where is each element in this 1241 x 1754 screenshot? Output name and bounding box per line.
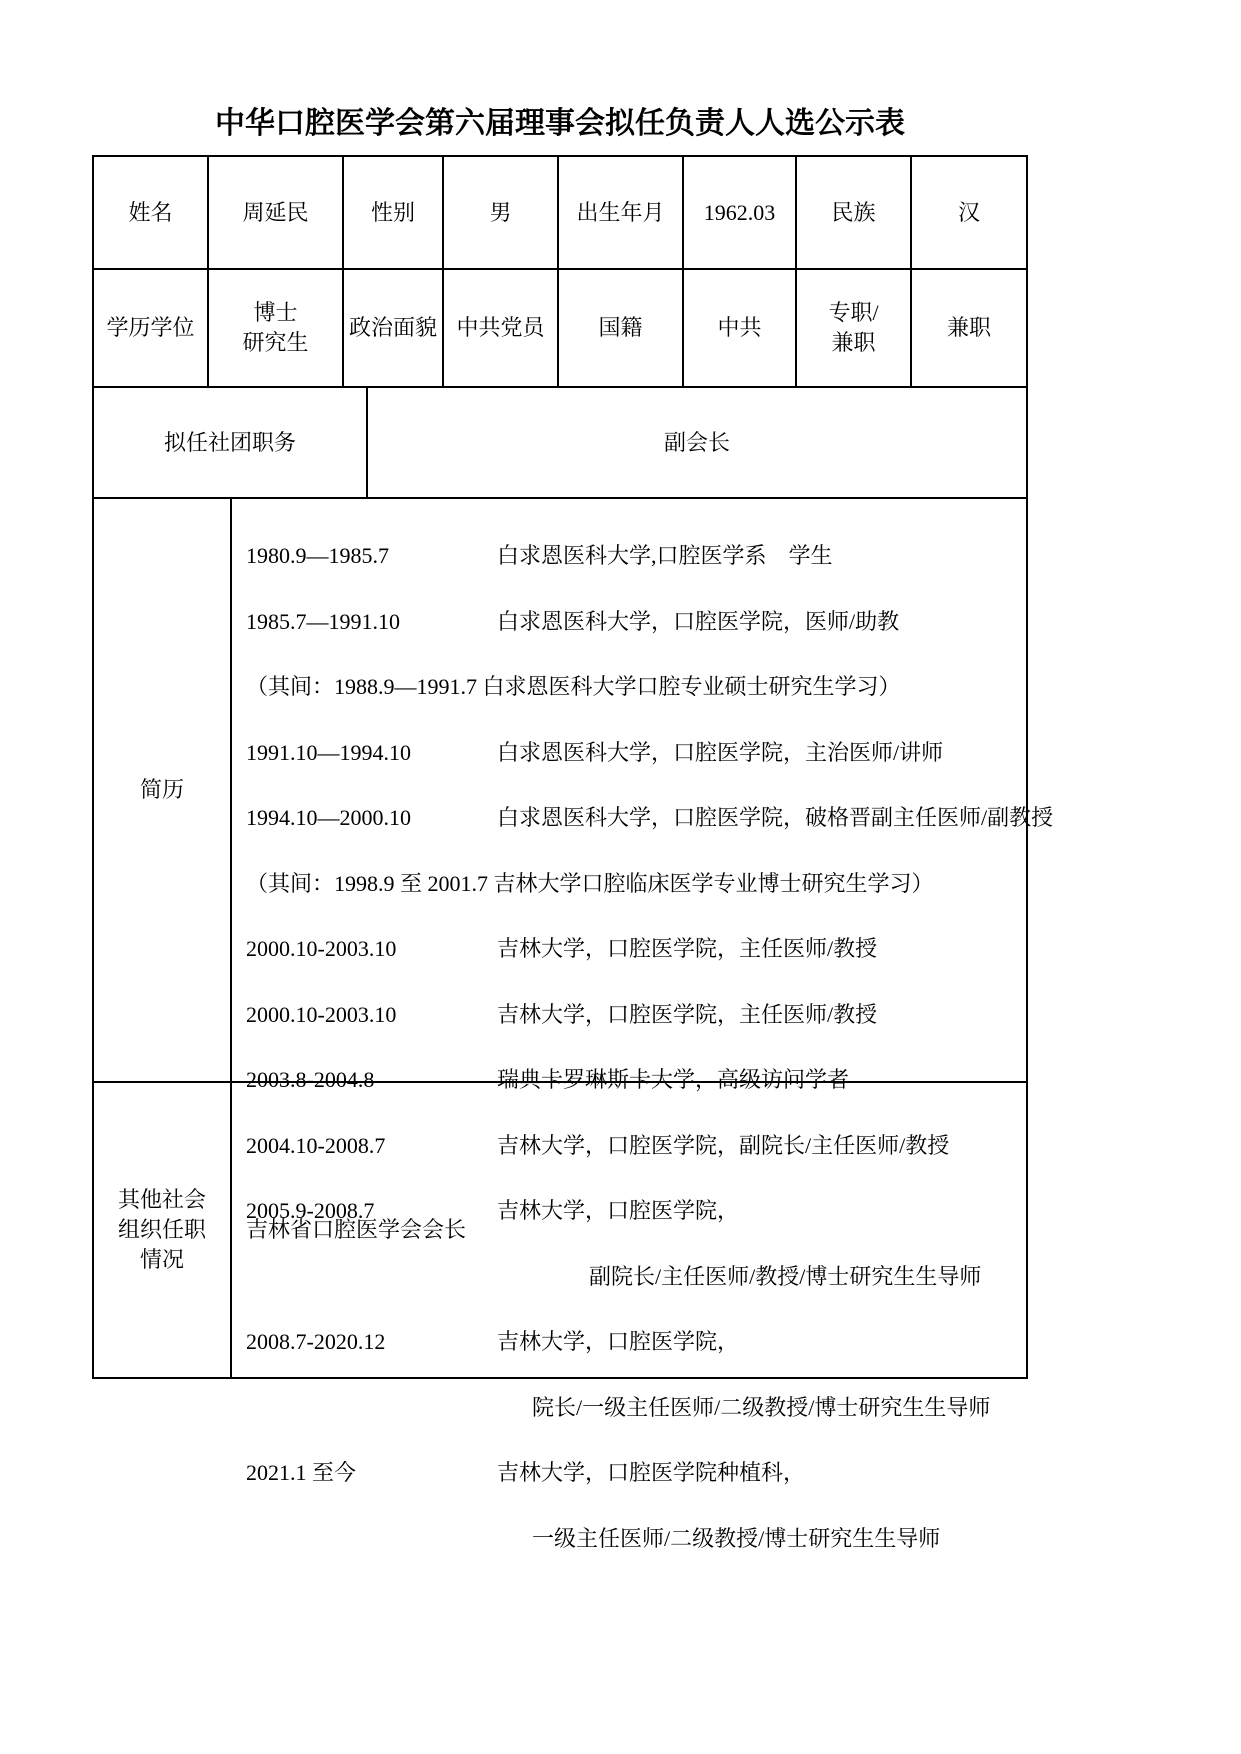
row-proposed-position: 拟任社团职务 副会长 (94, 386, 1026, 497)
resume-label: 简历 (94, 499, 230, 1081)
resume-line: 2000.10-2003.10吉林大学，口腔医学院，主任医师/教授 (246, 931, 1053, 967)
resume-line: （其间：1998.9 至 2001.7 吉林大学口腔临床医学专业博士研究生学习） (246, 866, 1053, 902)
resume-line-date: 1991.10—1994.10 (246, 735, 497, 771)
resume-line-continuation: 院长/一级主任医师/二级教授/博士研究生生导师 (246, 1390, 1053, 1426)
resume-line-desc: 吉林大学，口腔医学院，主任医师/教授 (497, 931, 1053, 967)
resume-line-date: 1994.10—2000.10 (246, 800, 497, 836)
other-positions-value: 吉林省口腔医学会会长 (230, 1083, 1026, 1377)
resume-line-desc: （其间：1988.9—1991.7 白求恩医科大学口腔专业硕士研究生学习） (246, 669, 1053, 705)
resume-line-date: 2000.10-2003.10 (246, 997, 497, 1033)
resume-line-date: 2000.10-2003.10 (246, 931, 497, 967)
name-value: 周延民 (207, 157, 342, 268)
nationality-label: 国籍 (557, 270, 682, 386)
resume-line-continuation: 一级主任医师/二级教授/博士研究生生导师 (246, 1521, 1053, 1557)
ethnicity-label: 民族 (795, 157, 910, 268)
resume-line-desc: （其间：1998.9 至 2001.7 吉林大学口腔临床医学专业博士研究生学习） (246, 866, 1053, 902)
resume-line: （其间：1988.9—1991.7 白求恩医科大学口腔专业硕士研究生学习） (246, 669, 1053, 705)
row-basic-info: 姓名 周延民 性别 男 出生年月 1962.03 民族 汉 (94, 157, 1026, 268)
resume-line-date: 1980.9—1985.7 (246, 538, 497, 574)
name-label: 姓名 (94, 157, 207, 268)
proposed-position-label: 拟任社团职务 (94, 388, 366, 497)
row-education-info: 学历学位 博士 研究生 政治面貌 中共党员 国籍 中共 专职/ 兼职 兼职 (94, 268, 1026, 386)
birth-label: 出生年月 (557, 157, 682, 268)
info-table: 姓名 周延民 性别 男 出生年月 1962.03 民族 汉 学历学位 博士 研究… (92, 155, 1028, 1379)
resume-line: 1991.10—1994.10白求恩医科大学，口腔医学院，主治医师/讲师 (246, 735, 1053, 771)
resume-line: 1980.9—1985.7白求恩医科大学,口腔医学系 学生 (246, 538, 1053, 574)
other-positions-label: 其他社会 组织任职 情况 (94, 1083, 230, 1377)
resume-line-date: 1985.7—1991.10 (246, 604, 497, 640)
gender-value: 男 (442, 157, 557, 268)
nationality-value: 中共 (682, 270, 795, 386)
resume-line-desc: 白求恩医科大学，口腔医学院，主治医师/讲师 (497, 735, 1053, 771)
resume-line: 2021.1 至今吉林大学，口腔医学院种植科， (246, 1455, 1053, 1491)
resume-line-desc: 吉林大学，口腔医学院种植科， (497, 1455, 1053, 1491)
political-label: 政治面貌 (342, 270, 442, 386)
row-other-positions: 其他社会 组织任职 情况 吉林省口腔医学会会长 (94, 1081, 1026, 1377)
document-title: 中华口腔医学会第六届理事会拟任负责人人选公示表 (92, 0, 1028, 142)
employment-label: 专职/ 兼职 (795, 270, 910, 386)
resume-line-desc: 院长/一级主任医师/二级教授/博士研究生生导师 (532, 1390, 1053, 1426)
resume-line-desc: 白求恩医科大学,口腔医学系 学生 (497, 538, 1053, 574)
education-label: 学历学位 (94, 270, 207, 386)
resume-line: 1994.10—2000.10白求恩医科大学，口腔医学院，破格晋副主任医师/副教… (246, 800, 1053, 836)
resume-content: 1980.9—1985.7白求恩医科大学,口腔医学系 学生 1985.7—199… (230, 499, 1061, 1081)
resume-line: 1985.7—1991.10白求恩医科大学，口腔医学院，医师/助教 (246, 604, 1053, 640)
resume-line-desc: 一级主任医师/二级教授/博士研究生生导师 (532, 1521, 1053, 1557)
political-value: 中共党员 (442, 270, 557, 386)
birth-value: 1962.03 (682, 157, 795, 268)
resume-line-date: 2021.1 至今 (246, 1455, 497, 1491)
gender-label: 性别 (342, 157, 442, 268)
employment-value: 兼职 (910, 270, 1026, 386)
resume-line: 2000.10-2003.10吉林大学，口腔医学院，主任医师/教授 (246, 997, 1053, 1033)
resume-line-desc: 白求恩医科大学，口腔医学院，医师/助教 (497, 604, 1053, 640)
ethnicity-value: 汉 (910, 157, 1026, 268)
row-resume: 简历 1980.9—1985.7白求恩医科大学,口腔医学系 学生 1985.7—… (94, 497, 1026, 1081)
proposed-position-value: 副会长 (366, 388, 1026, 497)
resume-line-desc: 吉林大学，口腔医学院，主任医师/教授 (497, 997, 1053, 1033)
resume-line-desc: 白求恩医科大学，口腔医学院，破格晋副主任医师/副教授 (497, 800, 1053, 836)
page: 中华口腔医学会第六届理事会拟任负责人人选公示表 姓名 周延民 性别 男 出生年月… (0, 0, 1241, 1754)
education-value: 博士 研究生 (207, 270, 342, 386)
document-content: 中华口腔医学会第六届理事会拟任负责人人选公示表 姓名 周延民 性别 男 出生年月… (92, 0, 1028, 1379)
